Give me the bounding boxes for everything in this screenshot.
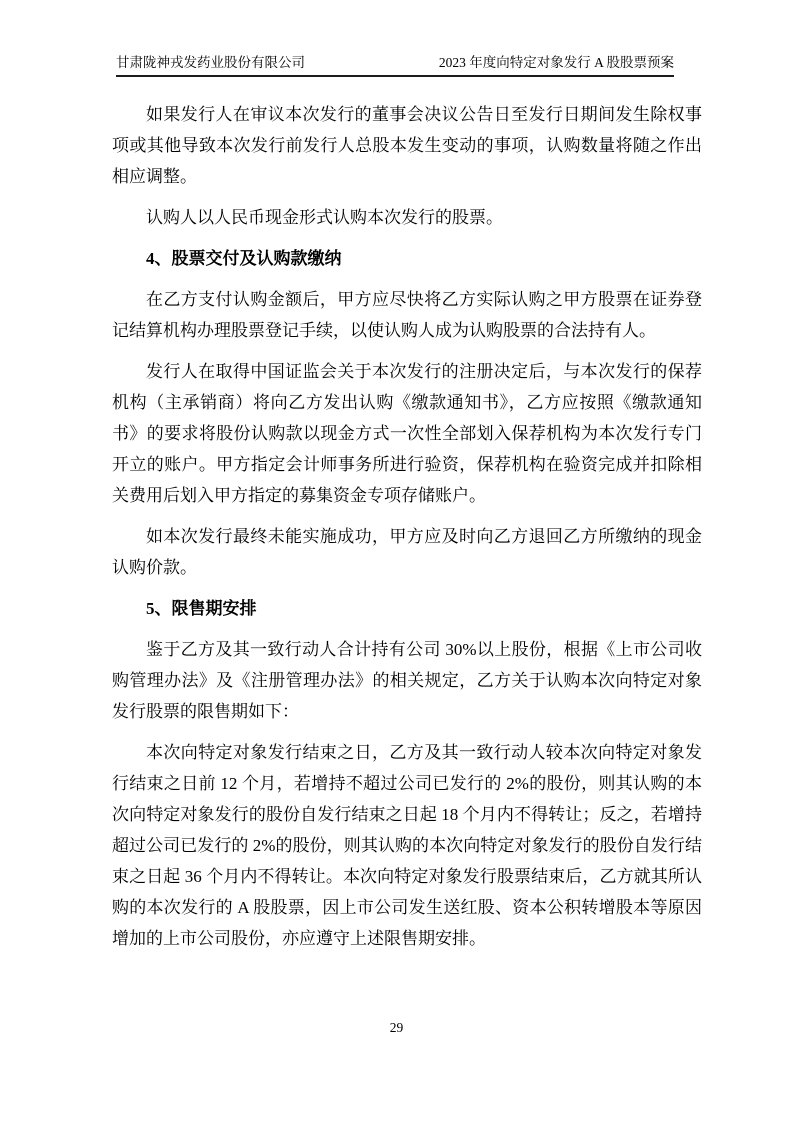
page-header: 甘肃陇神戎发药业股份有限公司 2023 年度向特定对象发行 A 股股票预案 bbox=[116, 54, 674, 77]
header-company-name: 甘肃陇神戎发药业股份有限公司 bbox=[116, 54, 305, 71]
paragraph-cash-subscription: 认购人以人民币现金形式认购本次发行的股票。 bbox=[112, 202, 702, 233]
section-heading-4-delivery-and-payment: 4、股票交付及认购款缴纳 bbox=[112, 243, 702, 274]
paragraph-registration-procedure: 在乙方支付认购金额后，甲方应尽快将乙方实际认购之甲方股票在证券登记结算机构办理股… bbox=[112, 284, 702, 346]
section-heading-5-lockup-arrangement: 5、限售期安排 bbox=[112, 593, 702, 624]
document-page: 甘肃陇神戎发药业股份有限公司 2023 年度向特定对象发行 A 股股票预案 如果… bbox=[0, 0, 793, 1122]
paragraph-adjustment-clause: 如果发行人在审议本次发行的董事会决议公告日至发行日期间发生除权事项或其他导致本次… bbox=[112, 99, 702, 192]
document-body: 如果发行人在审议本次发行的董事会决议公告日至发行日期间发生除权事项或其他导致本次… bbox=[112, 99, 702, 964]
paragraph-refund-clause: 如本次发行最终未能实施成功，甲方应及时向乙方退回乙方所缴纳的现金认购价款。 bbox=[112, 521, 702, 583]
header-doc-title: 2023 年度向特定对象发行 A 股股票预案 bbox=[439, 54, 674, 71]
page-number: 29 bbox=[390, 1020, 404, 1035]
page-footer: 29 bbox=[0, 1020, 793, 1036]
paragraph-lockup-basis: 鉴于乙方及其一致行动人合计持有公司 30%以上股份，根据《上市公司收购管理办法》… bbox=[112, 634, 702, 727]
paragraph-lockup-terms: 本次向特定对象发行结束之日，乙方及其一致行动人较本次向特定对象发行结束之日前 1… bbox=[112, 737, 702, 954]
paragraph-payment-notice: 发行人在取得中国证监会关于本次发行的注册决定后，与本次发行的保荐机构（主承销商）… bbox=[112, 356, 702, 511]
